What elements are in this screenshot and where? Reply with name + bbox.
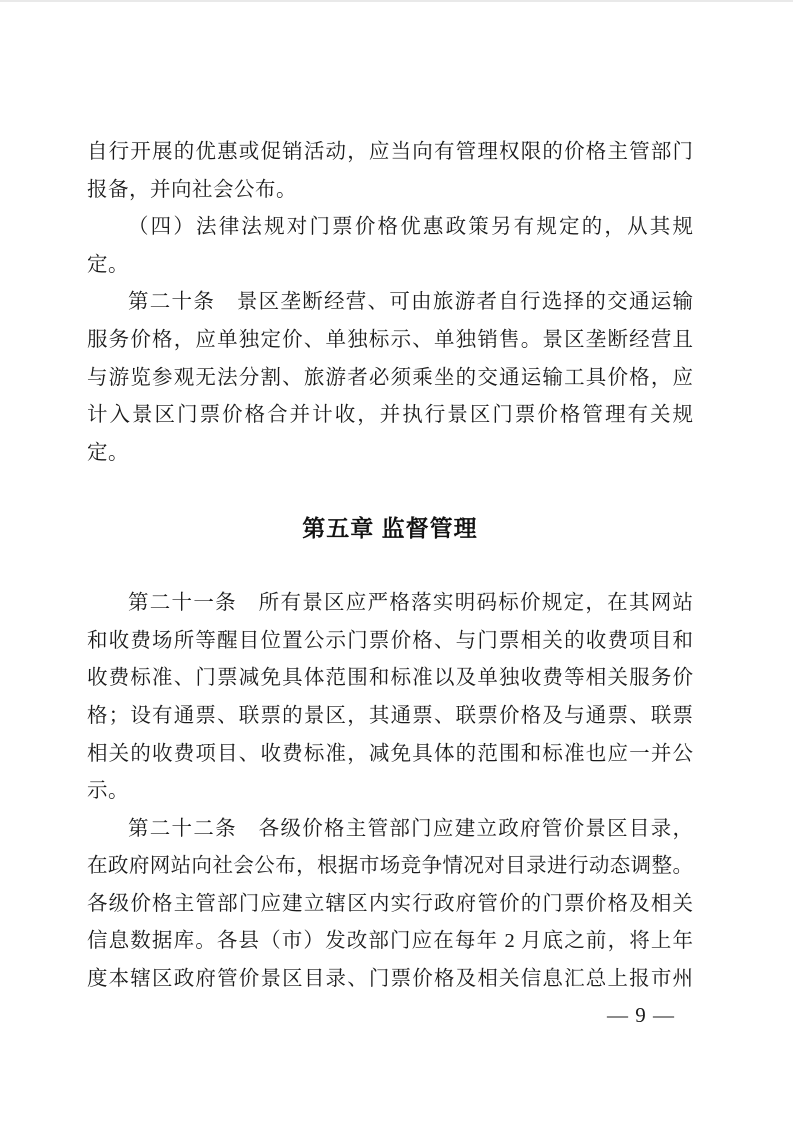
text-line: 相关的收费项目、收费标准，减免具体的范围和标准也应一并公: [87, 736, 693, 774]
text-line: 在政府网站向社会公布，根据市场竞争情况对目录进行动态调整。: [87, 848, 693, 886]
text-line: 计入景区门票价格合并计收，并执行景区门票价格管理有关规: [87, 397, 693, 435]
text-column: 自行开展的优惠或促销活动，应当向有管理权限的价格主管部门报备，并向社会公布。（四…: [87, 134, 693, 999]
text-line: 各级价格主管部门应建立辖区内实行政府管价的门票价格及相关: [87, 886, 693, 924]
chapter-heading: 第五章 监督管理: [87, 510, 693, 548]
text-line: 第二十条 景区垄断经营、可由旅游者自行选择的交通运输: [87, 284, 693, 322]
text-line: 定。: [87, 247, 693, 285]
page-number: — 9 —: [607, 1000, 675, 1030]
document-page: 自行开展的优惠或促销活动，应当向有管理权限的价格主管部门报备，并向社会公布。（四…: [0, 0, 793, 1122]
text-line: 自行开展的优惠或促销活动，应当向有管理权限的价格主管部门: [87, 134, 693, 172]
text-line: （四）法律法规对门票价格优惠政策另有规定的，从其规: [87, 209, 693, 247]
text-line: 与游览参观无法分割、旅游者必须乘坐的交通运输工具价格，应: [87, 360, 693, 398]
blank-line: [87, 548, 693, 586]
text-line: 报备，并向社会公布。: [87, 172, 693, 210]
text-line: 第二十一条 所有景区应严格落实明码标价规定，在其网站: [87, 585, 693, 623]
text-line: 示。: [87, 773, 693, 811]
text-line: 定。: [87, 435, 693, 473]
text-line: 第二十二条 各级价格主管部门应建立政府管价景区目录，: [87, 811, 693, 849]
scan-edge-artifact: [0, 0, 793, 2]
text-line: 度本辖区政府管价景区目录、门票价格及相关信息汇总上报市州: [87, 961, 693, 999]
text-line: 收费标准、门票减免具体范围和标准以及单独收费等相关服务价: [87, 660, 693, 698]
text-line: 服务价格，应单独定价、单独标示、单独销售。景区垄断经营且: [87, 322, 693, 360]
text-line: 信息数据库。各县（市）发改部门应在每年 2 月底之前，将上年: [87, 923, 693, 961]
text-line: 和收费场所等醒目位置公示门票价格、与门票相关的收费项目和: [87, 623, 693, 661]
text-line: 格；设有通票、联票的景区，其通票、联票价格及与通票、联票: [87, 698, 693, 736]
blank-line: [87, 472, 693, 510]
